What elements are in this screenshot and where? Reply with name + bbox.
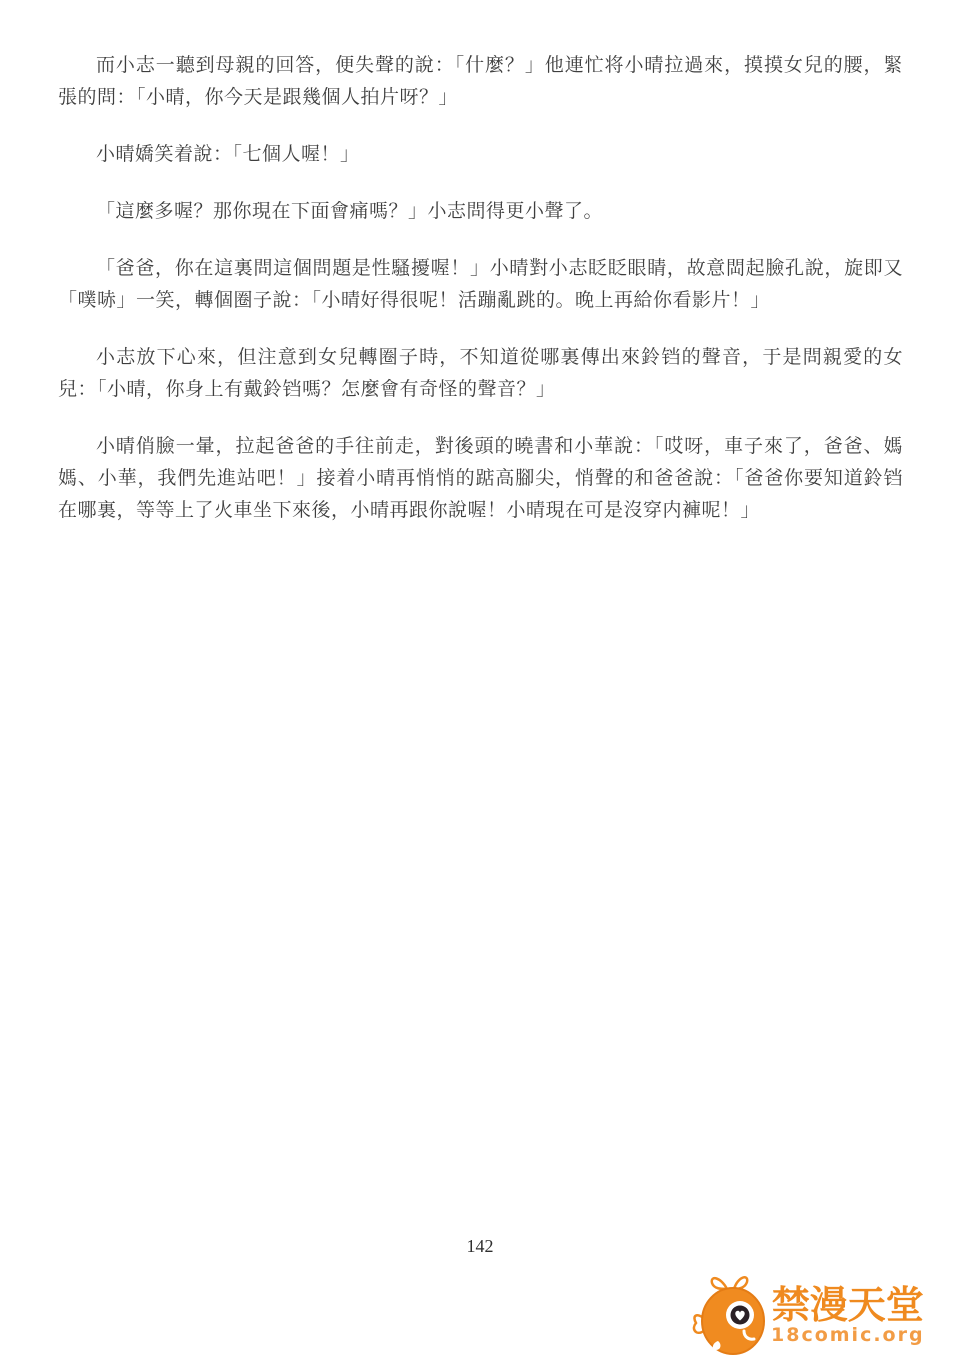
site-watermark: 禁漫天堂 18comic.org [692, 1275, 925, 1357]
site-url: 18comic.org [771, 1325, 925, 1346]
watermark-text: 禁漫天堂 18comic.org [771, 1285, 925, 1346]
site-name: 禁漫天堂 [772, 1285, 924, 1325]
paragraph: 而小志一聽到母親的回答，便失聲的說：「什麼？」他連忙将小晴拉過來，摸摸女兒的腰，… [58, 50, 903, 114]
paragraph: 「爸爸，你在這裏問這個問題是性騷擾喔！」小晴對小志眨眨眼睛，故意閊起臉孔說，旋即… [58, 253, 903, 317]
paragraph: 小志放下心來，但注意到女兒轉圈子時，不知道從哪裏傳出來鈴铛的聲音，于是問親愛的女… [58, 342, 903, 406]
story-text: 而小志一聽到母親的回答，便失聲的說：「什麼？」他連忙将小晴拉過來，摸摸女兒的腰，… [58, 50, 903, 552]
paragraph: 小晴嬌笑着說：「七個人喔！」 [58, 139, 903, 171]
paragraph: 小晴俏臉一暈，拉起爸爸的手往前走，對後頭的曉書和小華說：「哎呀，車子來了，爸爸、… [58, 431, 903, 527]
paragraph: 「這麼多喔？那你現在下面會痛嗎？」小志問得更小聲了。 [58, 196, 903, 228]
page-number: 142 [0, 1236, 960, 1257]
orange-whale-heart-mascot-icon [692, 1275, 768, 1357]
document-page: 而小志一聽到母親的回答，便失聲的說：「什麼？」他連忙将小晴拉過來，摸摸女兒的腰，… [0, 0, 960, 1357]
